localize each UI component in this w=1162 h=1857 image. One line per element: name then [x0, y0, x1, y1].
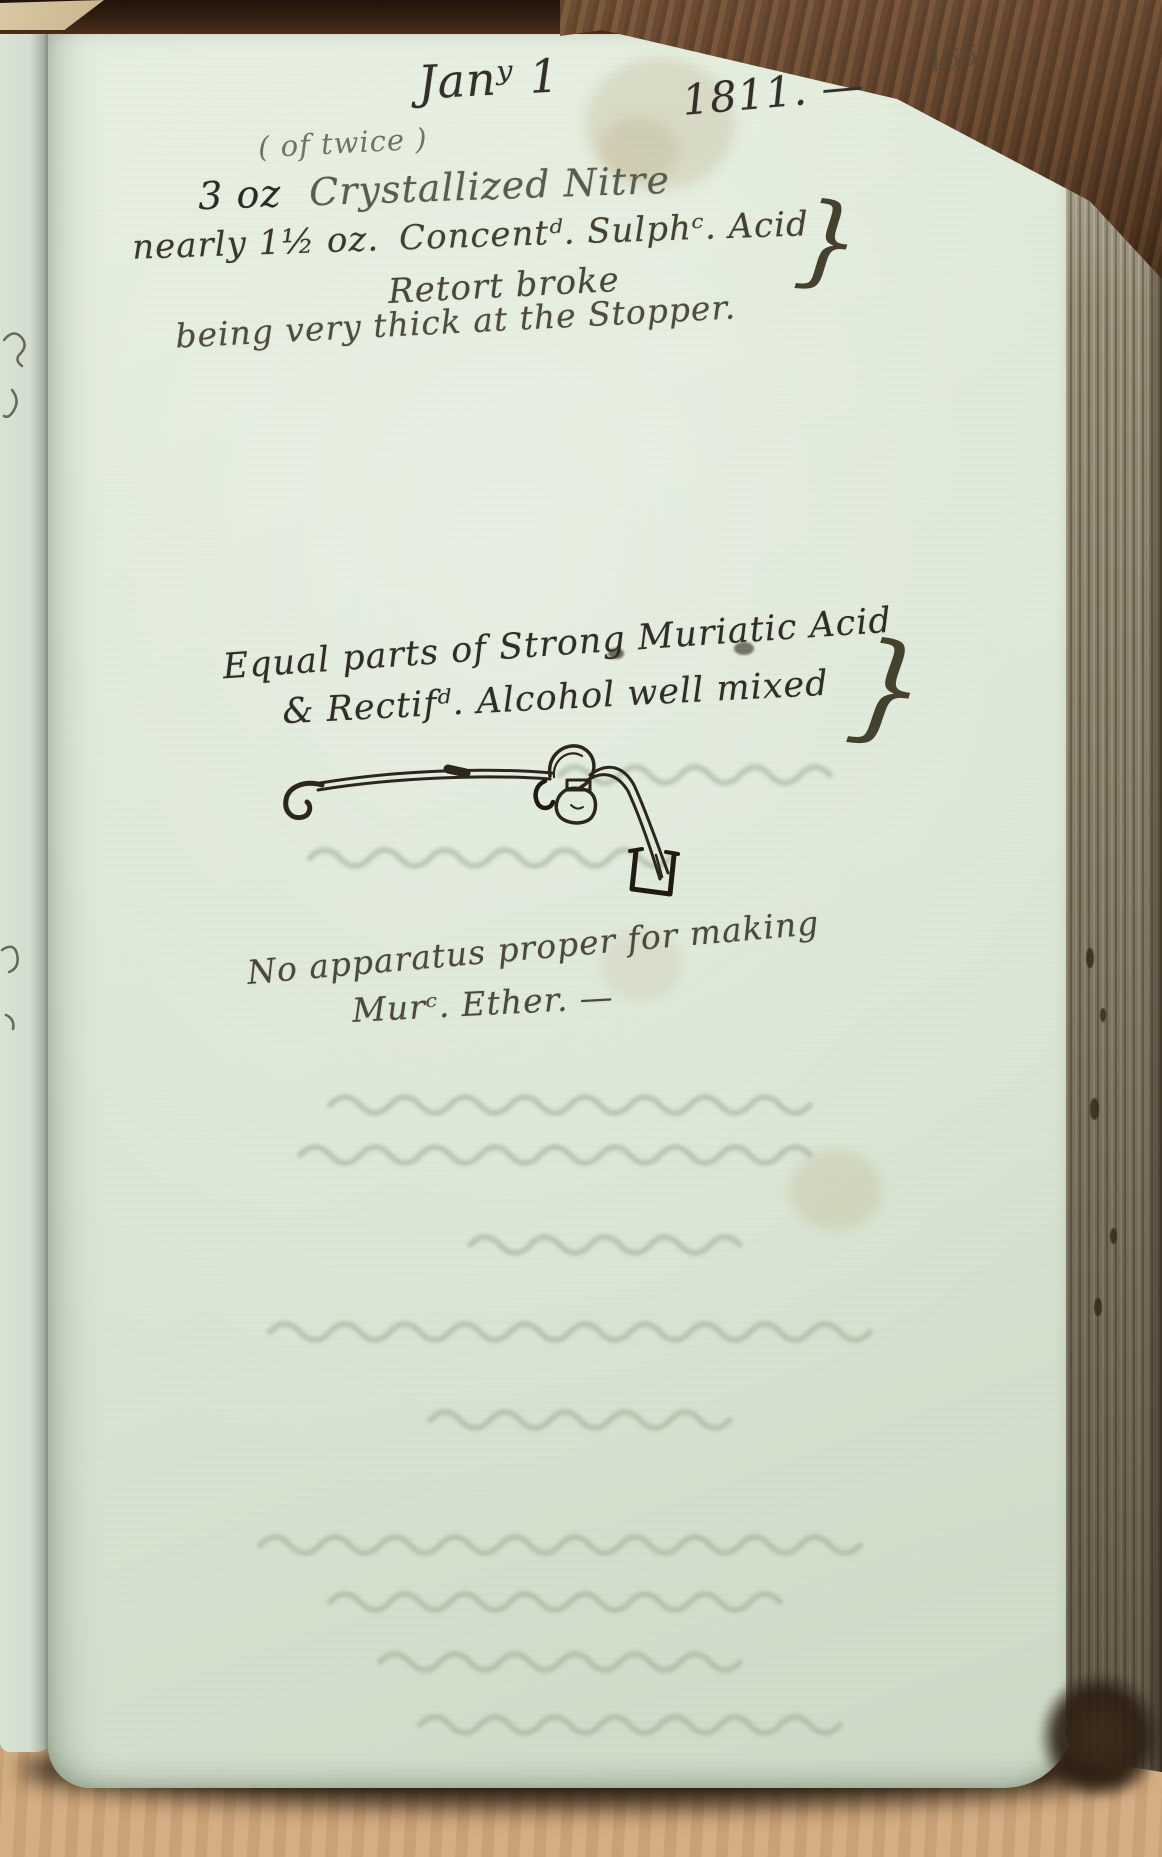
fore-edge-speck: [1086, 948, 1094, 968]
fore-edge-speck: [1094, 1298, 1102, 1316]
page-fore-edge: [1066, 148, 1162, 1772]
fore-edge-speck: [1110, 1228, 1117, 1244]
facing-page-writing-fragment: [0, 0, 54, 1780]
ingredient-brace: }: [790, 179, 867, 302]
distillation-apparatus-sketch: [252, 733, 702, 923]
nitre-quantity: 3 oz: [197, 171, 282, 218]
fore-edge-speck: [1090, 1098, 1099, 1120]
fore-edge-speck: [1100, 1008, 1106, 1022]
date-heading: Janʸ 1: [417, 48, 561, 109]
manuscript-photo: Janʸ 1 1811. — 465 ( of twice ) 3 ozCrys…: [0, 0, 1162, 1857]
fore-edge-bottom-shadow: [1038, 1672, 1162, 1800]
